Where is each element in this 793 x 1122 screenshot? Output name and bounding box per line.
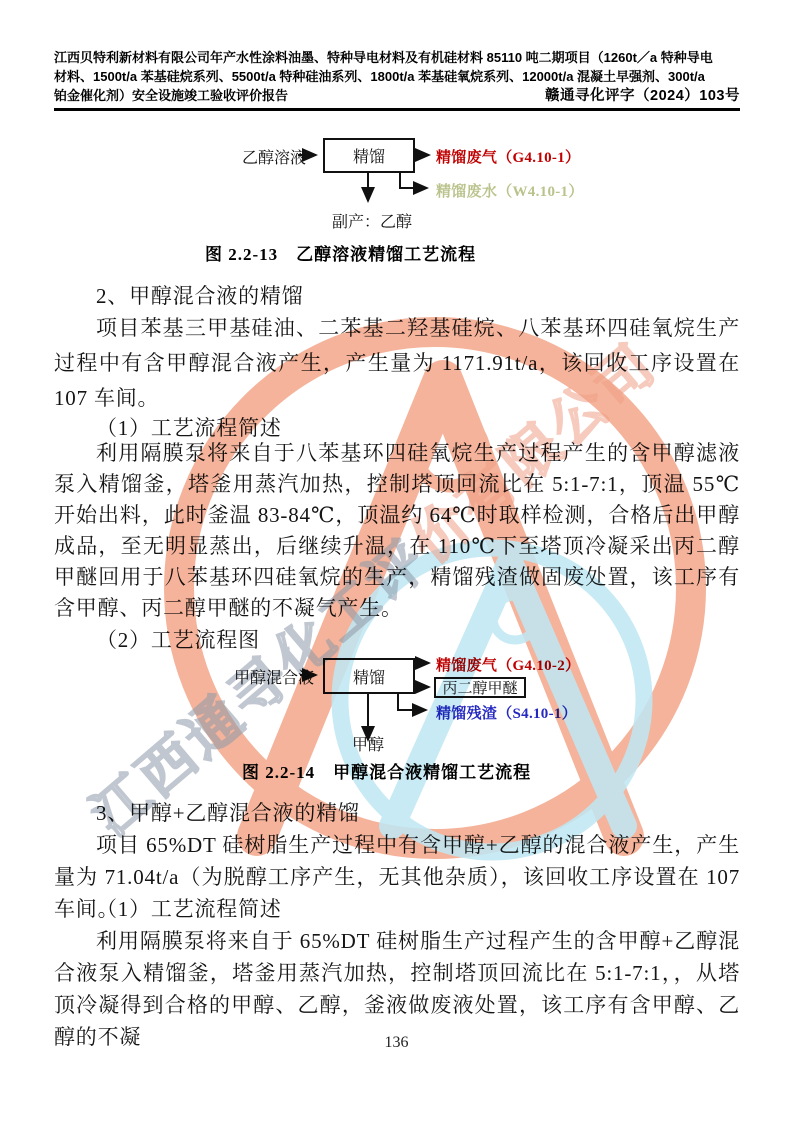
input-label: 乙醇溶液 bbox=[242, 145, 306, 168]
document-page: 江西贝特利新材料有限公司年产水性涂料油墨、特种导电材料及有机硅材料 85110 … bbox=[0, 0, 793, 1122]
output-pgme-box: 丙二醇甲醚 bbox=[434, 677, 526, 698]
output-gas-label: 精馏废气（G4.10-2） bbox=[436, 654, 580, 675]
section-heading-2: 2、甲醇混合液的精馏 bbox=[54, 279, 740, 314]
header-line-2: 材料、1500t/a 苯基硅烷系列、5500t/a 特种硅油系列、1800t/a… bbox=[54, 67, 740, 86]
page-number: 136 bbox=[0, 1034, 793, 1052]
section-heading-3: 3、甲醇+乙醇混合液的精馏 bbox=[54, 797, 740, 829]
paragraph: 项目苯基三甲基硅油、二苯基二羟基硅烷、八苯基环四硅氧烷生产过程中有含甲醇混合液产… bbox=[54, 311, 740, 416]
output-residue-label: 精馏残渣（S4.10-1） bbox=[436, 702, 577, 723]
subheading-process-brief: （1）工艺流程简述 bbox=[54, 893, 740, 925]
output-gas-label: 精馏废气（G4.10-1） bbox=[436, 146, 580, 167]
flow-diagram-ethanol: 乙醇溶液 精馏 精馏废气（G4.10-1） 精馏废水（W4.10-1） 副产：乙… bbox=[180, 130, 760, 234]
page-header: 江西贝特利新材料有限公司年产水性涂料油墨、特种导电材料及有机硅材料 85110 … bbox=[54, 48, 740, 111]
figure-caption-2-2-13: 图 2.2-13 乙醇溶液精馏工艺流程 bbox=[205, 240, 476, 265]
process-box: 精馏 bbox=[323, 138, 415, 173]
process-box: 精馏 bbox=[323, 658, 415, 694]
flow-diagram-methanol: 甲醇混合液 精馏 精馏废气（G4.10-2） 丙二醇甲醚 精馏残渣（S4.10-… bbox=[180, 648, 760, 760]
byproduct-label: 副产：乙醇 bbox=[332, 209, 412, 232]
bottom-product-label: 甲醇 bbox=[352, 732, 384, 755]
document-number: 赣通寻化评字（2024）103号 bbox=[545, 87, 740, 106]
header-line-1: 江西贝特利新材料有限公司年产水性涂料油墨、特种导电材料及有机硅材料 85110 … bbox=[54, 48, 740, 67]
paragraph: 利用隔膜泵将来自于八苯基环四硅氧烷生产过程产生的含甲醇滤液泵入精馏釜，塔釜用蒸汽… bbox=[54, 438, 740, 624]
output-water-label: 精馏废水（W4.10-1） bbox=[436, 180, 584, 201]
figure-caption-2-2-14: 图 2.2-14 甲醇混合液精馏工艺流程 bbox=[242, 758, 531, 783]
input-label: 甲醇混合液 bbox=[234, 665, 314, 688]
header-line-3: 铂金催化剂）安全设施竣工验收评价报告 bbox=[54, 86, 288, 105]
